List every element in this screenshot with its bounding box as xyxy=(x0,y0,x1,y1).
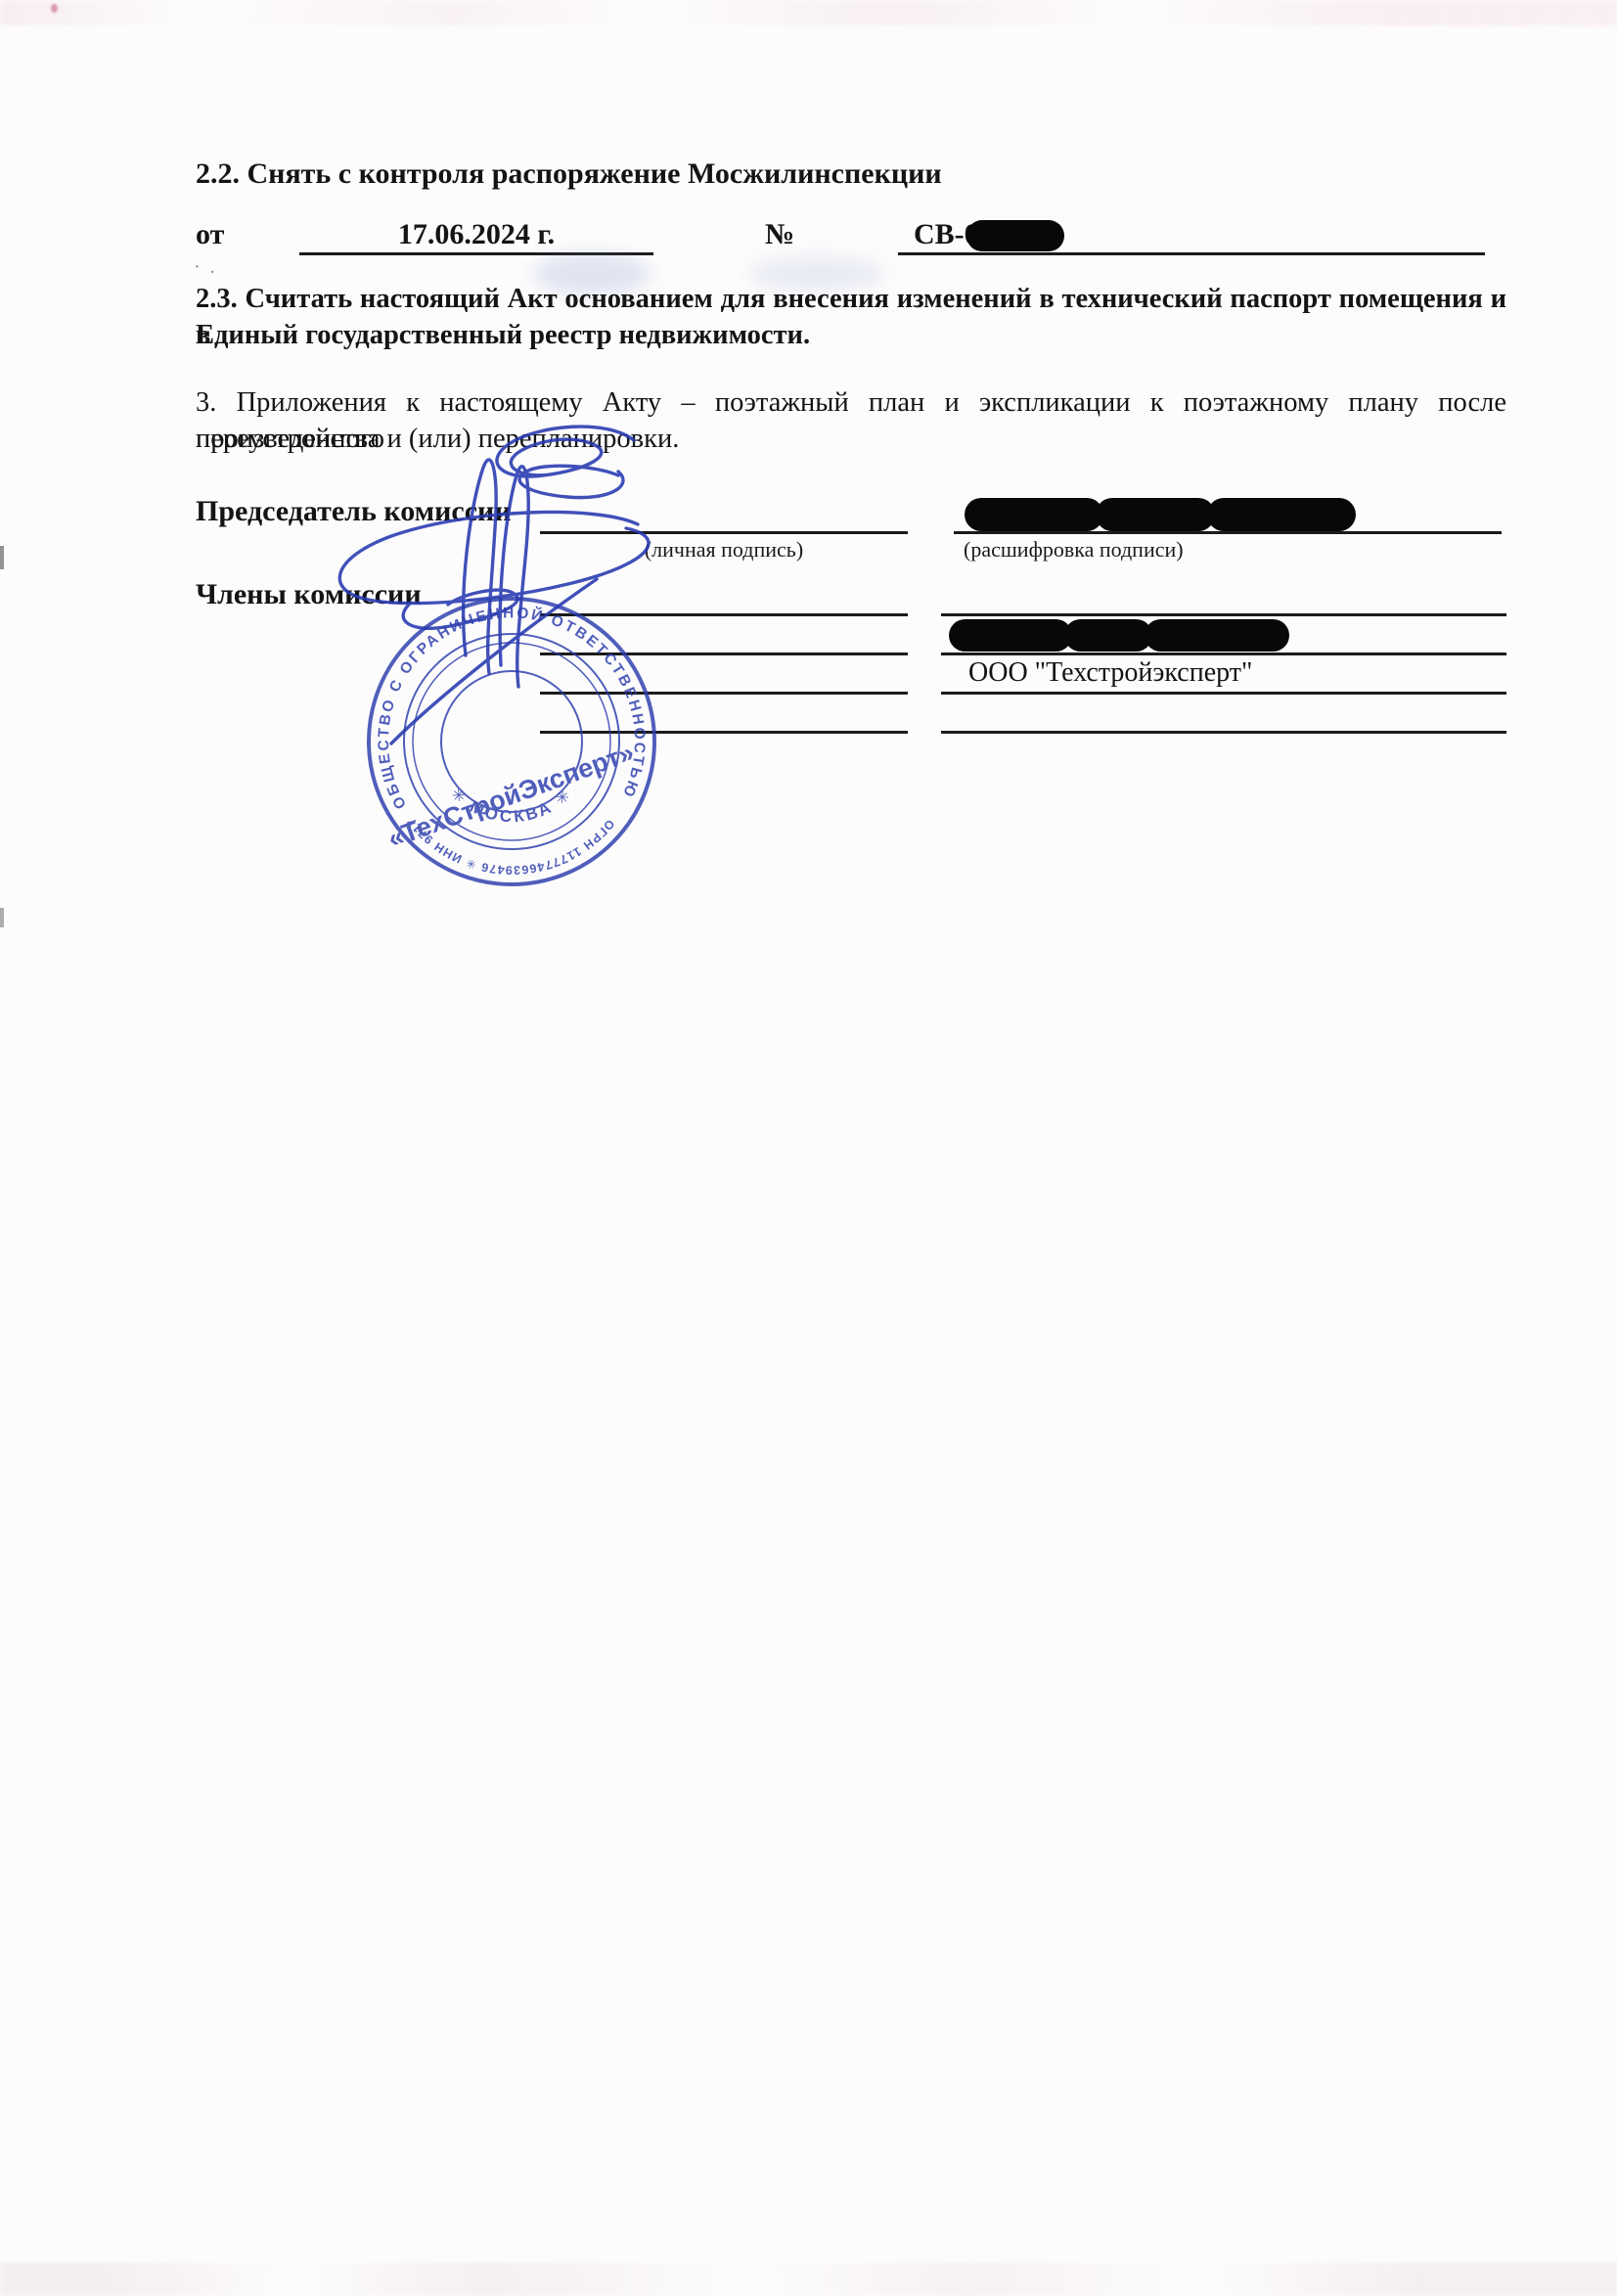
scan-noise-top xyxy=(0,0,1617,25)
redaction-member-2 xyxy=(1064,619,1152,652)
member-organization: ООО "Техстройэксперт" xyxy=(968,657,1252,689)
section-2-3-line2: Единый государственный реестр недвижимос… xyxy=(196,317,1506,353)
signature-scribble-ink xyxy=(339,427,649,743)
pencil-dots: · . xyxy=(194,256,215,279)
number-sign: № xyxy=(765,217,794,252)
chairman-name-line xyxy=(954,531,1502,534)
scan-noise-bottom xyxy=(0,2263,1617,2296)
redaction-chairman-1 xyxy=(965,498,1103,531)
redaction-member-1 xyxy=(949,619,1072,652)
member-name-line-2 xyxy=(941,653,1506,655)
redaction-order-number xyxy=(966,220,1064,251)
scan-edge-mark-1 xyxy=(0,546,4,569)
order-date-value: 17.06.2024 г. xyxy=(299,217,653,252)
number-underline xyxy=(898,252,1485,255)
member-name-line-1 xyxy=(941,613,1506,616)
member-name-line-3 xyxy=(941,692,1506,695)
redaction-chairman-2 xyxy=(1096,498,1215,531)
section-2-2-title: 2.2. Снять с контроля распоряжение Мосжи… xyxy=(196,157,1506,192)
member-name-line-4 xyxy=(941,731,1506,734)
redaction-member-3 xyxy=(1145,619,1289,652)
stamp-and-signature: ОБЩЕСТВО С ОГРАНИЧЕННОЙ ОТВЕТСТВЕННОСТЬЮ… xyxy=(274,411,763,920)
redaction-chairman-3 xyxy=(1207,498,1356,531)
scan-speck xyxy=(51,4,58,13)
decrypt-signature-caption: (расшифровка подписи) xyxy=(964,537,1184,563)
from-label: от xyxy=(196,217,224,252)
scan-edge-mark-2 xyxy=(0,908,4,927)
scanned-document-page: 2.2. Снять с контроля распоряжение Мосжи… xyxy=(0,0,1617,2296)
